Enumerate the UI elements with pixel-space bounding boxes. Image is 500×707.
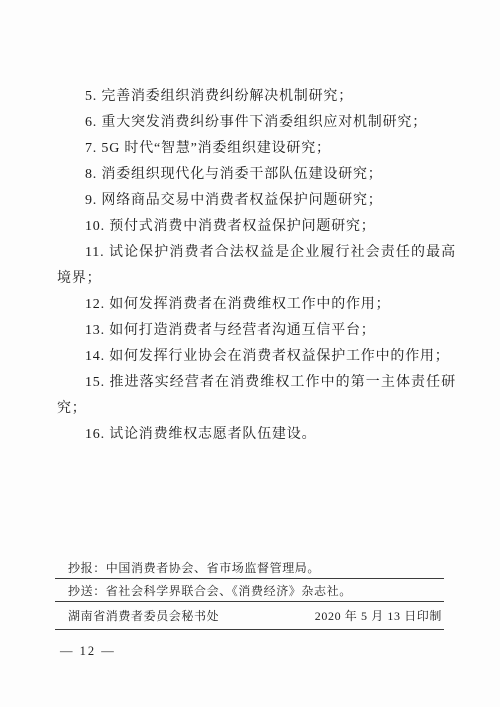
document-page: 5. 完善消委组织消费纠纷解决机制研究；6. 重大突发消费纠纷事件下消委组织应对… [0,0,500,707]
topic-item-line: 9. 网络商品交易中消费者权益保护问题研究； [57,188,456,214]
topic-item-line: 11. 试论保护消费者合法权益是企业履行社会责任的最高 [57,240,456,266]
page-number: — 12 — [60,644,116,659]
copy-send-row: 抄送：省社会科学界联合会、《消费经济》杂志社。 [55,579,444,602]
topic-item-line: 14. 如何发挥行业协会在消费者权益保护工作中的作用； [57,344,456,370]
topic-item-line: 13. 如何打造消费者与经营者沟通互信平台； [57,318,456,344]
topic-item-line: 境界； [57,266,456,292]
topic-item-line: 15. 推进落实经营者在消费维权工作中的第一主体责任研 [57,370,456,396]
topic-list: 5. 完善消委组织消费纠纷解决机制研究；6. 重大突发消费纠纷事件下消委组织应对… [57,84,456,448]
footer-block: 抄报：中国消费者协会、省市场监督管理局。 抄送：省社会科学界联合会、《消费经济》… [55,556,444,630]
topic-item-line: 12. 如何发挥消费者在消费维权工作中的作用； [57,292,456,318]
topic-item-line: 8. 消委组织现代化与消委干部队伍建设研究； [57,162,456,188]
topic-item-line: 5. 完善消委组织消费纠纷解决机制研究； [57,84,456,110]
topic-item-line: 10. 预付式消费中消费者权益保护问题研究； [57,214,456,240]
print-date-text: 2020 年 5 月 13 日印制 [315,607,442,624]
issuer-text: 湖南省消费者委员会秘书处 [68,607,219,624]
copy-send-text: 抄送：省社会科学界联合会、《消费经济》杂志社。 [68,582,352,599]
topic-item-line: 7. 5G 时代“智慧”消委组织建设研究； [57,136,456,162]
issuer-row: 湖南省消费者委员会秘书处 2020 年 5 月 13 日印制 [55,602,444,630]
topic-item-line: 究； [57,396,456,422]
topic-item-line: 6. 重大突发消费纠纷事件下消委组织应对机制研究； [57,110,456,136]
copy-report-row: 抄报：中国消费者协会、省市场监督管理局。 [55,556,444,579]
topic-item-line: 16. 试论消费维权志愿者队伍建设。 [57,422,456,448]
copy-report-text: 抄报：中国消费者协会、省市场监督管理局。 [68,559,320,576]
